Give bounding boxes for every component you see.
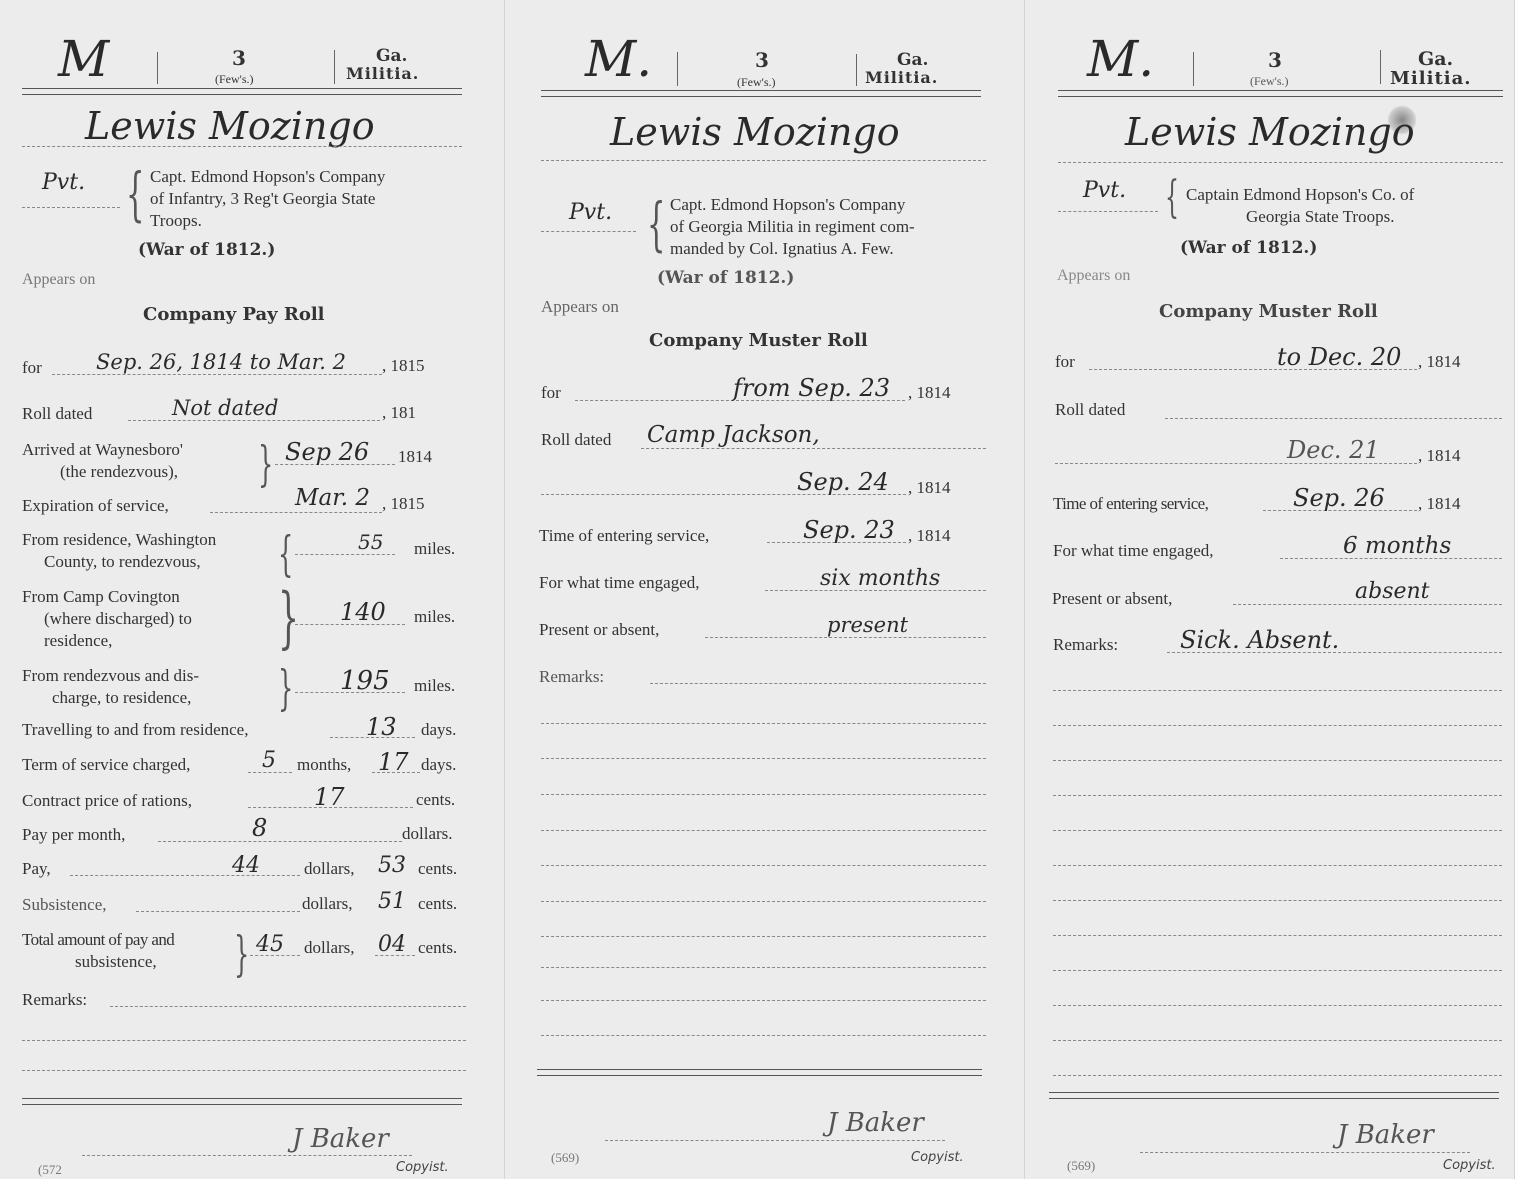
term-label: Term of service charged, <box>22 755 190 775</box>
present-absent-value: absent <box>1355 579 1430 604</box>
cents-unit: cents. <box>416 790 455 810</box>
present-absent-line <box>1233 604 1502 605</box>
header-rule <box>1058 96 1503 97</box>
header-divider <box>1193 52 1194 86</box>
remarks-line <box>1053 935 1502 936</box>
name-line <box>541 160 986 161</box>
remarks-line <box>541 758 986 759</box>
remarks-line <box>1053 830 1502 831</box>
card-muster-roll-2: M. 3 (Few's.) Ga. Militia. Lewis Mozingo… <box>1025 0 1515 1179</box>
remarks-line <box>1053 1075 1502 1076</box>
rank: Pvt. <box>569 200 612 225</box>
total-dollars-value: 45 <box>256 932 284 957</box>
remarks-line <box>541 936 986 937</box>
miles-unit: miles. <box>414 539 455 559</box>
surname-initial: M <box>58 30 109 88</box>
remarks-label: Remarks: <box>22 990 87 1010</box>
from-camp-label-3: residence, <box>44 631 112 651</box>
appears-on-label: Appears on <box>22 271 95 289</box>
arrived-label-2: (the rendezvous), <box>60 462 178 482</box>
roll-dated-label: Roll dated <box>22 404 92 424</box>
soldier-name: Lewis Mozingo <box>610 110 900 154</box>
miles-unit: miles. <box>414 607 455 627</box>
pay-cents-value: 53 <box>378 853 406 878</box>
arrived-year: 1814 <box>398 447 432 467</box>
roll-dated-line <box>641 448 986 449</box>
name-line <box>1058 162 1503 163</box>
present-absent-line <box>705 637 986 638</box>
present-absent-value: present <box>827 613 908 637</box>
remarks-line <box>1053 1040 1502 1041</box>
remarks-line <box>541 901 986 902</box>
pay-per-month-line <box>158 841 402 842</box>
header-divider <box>334 50 335 84</box>
for-label: for <box>22 358 42 378</box>
dollars-unit: dollars, <box>304 938 355 958</box>
copyist-label: Copyist. <box>911 1150 964 1165</box>
brace-icon: { <box>278 530 293 578</box>
company-line: Capt. Edmond Hopson's Company <box>670 195 905 215</box>
militia-label: Militia. <box>346 64 419 83</box>
cents-unit: cents. <box>418 859 457 879</box>
copyist-signature: J Baker <box>1337 1120 1434 1150</box>
expiration-year: , 1815 <box>382 494 425 514</box>
months-unit: months, <box>297 755 351 775</box>
footer-rule <box>537 1069 982 1070</box>
footer-rule <box>537 1075 982 1076</box>
brace-icon: { <box>647 195 665 253</box>
for-value: to Dec. 20 <box>1277 343 1401 371</box>
pay-per-month-label: Pay per month, <box>22 825 125 845</box>
roll-dated-year: , 1814 <box>908 478 951 498</box>
company-line: Troops. <box>150 211 202 231</box>
brace-icon: } <box>258 440 273 488</box>
card-number: (569) <box>551 1150 579 1166</box>
roll-dated-value: Not dated <box>172 396 278 420</box>
remarks-line <box>1053 690 1502 691</box>
regiment-name: (Few's.) <box>215 72 254 87</box>
card-number: (569) <box>1067 1158 1095 1174</box>
total-label-2: subsistence, <box>75 952 157 972</box>
footer-rule <box>1049 1098 1499 1099</box>
header-divider <box>157 52 158 84</box>
footer-rule <box>22 1098 462 1099</box>
company-line: Captain Edmond Hopson's Co. of <box>1186 185 1414 205</box>
footer-rule <box>22 1104 462 1105</box>
travel-label: Travelling to and from residence, <box>22 720 248 740</box>
roll-dated-date: Sep. 24 <box>797 468 889 496</box>
present-absent-label: Present or absent, <box>539 620 659 640</box>
roll-type: Company Muster Roll <box>649 330 868 351</box>
for-year: , 1814 <box>908 383 951 403</box>
brace-icon: } <box>278 585 299 651</box>
roll-dated-line <box>128 420 380 421</box>
remarks-label: Remarks: <box>1053 635 1118 655</box>
regiment-number: 3 <box>232 46 246 70</box>
days-unit: days. <box>421 755 456 775</box>
remarks-line <box>1053 760 1502 761</box>
rank-line <box>1058 211 1158 212</box>
subsistence-cents-value: 51 <box>378 889 406 914</box>
remarks-line <box>1053 865 1502 866</box>
rations-value: 17 <box>314 783 345 811</box>
from-camp-label: From Camp Covington <box>22 587 180 607</box>
militia-label: Militia. <box>865 68 938 87</box>
remarks-line <box>1053 725 1502 726</box>
copyist-signature: J Baker <box>292 1124 389 1154</box>
term-days-value: 17 <box>378 748 409 776</box>
remarks-value: Sick. Absent. <box>1180 626 1339 654</box>
for-label: for <box>1055 352 1075 372</box>
pay-dollars-value: 44 <box>232 853 260 878</box>
miles-unit: miles. <box>414 676 455 696</box>
header-divider <box>677 52 678 86</box>
copyist-line <box>1140 1152 1470 1153</box>
remarks-line <box>541 794 986 795</box>
war-label: (War of 1812.) <box>138 240 275 260</box>
header-rule <box>22 88 462 89</box>
entering-service-value: Sep. 23 <box>803 516 895 544</box>
expiration-label: Expiration of service, <box>22 496 169 516</box>
roll-dated-line <box>1165 418 1502 419</box>
engaged-label: For what time engaged, <box>539 573 700 593</box>
war-label: (War of 1812.) <box>657 268 794 288</box>
for-year: , 1814 <box>1418 352 1461 372</box>
dollars-unit: dollars, <box>302 894 353 914</box>
dollars-unit: dollars, <box>304 859 355 879</box>
term-months-value: 5 <box>262 748 276 773</box>
remarks-line <box>541 967 986 968</box>
militia-label: Militia. <box>1390 68 1472 89</box>
header-rule <box>541 90 981 91</box>
engaged-value: 6 months <box>1343 533 1451 559</box>
rank: Pvt. <box>1083 178 1126 203</box>
copyist-line <box>82 1155 412 1156</box>
remarks-line <box>1053 1005 1502 1006</box>
regiment-number: 3 <box>1268 48 1282 72</box>
remarks-line <box>541 1000 986 1001</box>
remarks-label: Remarks: <box>539 667 604 687</box>
remarks-line <box>1053 795 1502 796</box>
from-camp-label-2: (where discharged) to <box>44 609 192 629</box>
soldier-name: Lewis Mozingo <box>1125 110 1415 154</box>
dollars-unit: dollars. <box>402 824 453 844</box>
remarks-line <box>1053 900 1502 901</box>
from-rendezvous-value: 195 <box>340 666 390 696</box>
for-year: , 1815 <box>382 356 425 376</box>
remarks-line <box>22 1070 466 1071</box>
surname-initial: M. <box>1087 30 1154 88</box>
header-rule <box>1058 90 1503 91</box>
subsistence-label: Subsistence, <box>22 895 107 915</box>
footer-rule <box>1049 1092 1499 1093</box>
brace-icon: { <box>1165 176 1179 220</box>
travel-value: 13 <box>366 713 397 741</box>
entering-service-label: Time of entering service, <box>1053 494 1208 514</box>
for-line <box>52 374 382 375</box>
from-camp-value: 140 <box>340 598 386 626</box>
from-residence-label: From residence, Washington <box>22 530 216 550</box>
for-value: Sep. 26, 1814 to Mar. 2 <box>96 350 346 374</box>
roll-dated-label: Roll dated <box>541 430 611 450</box>
days-unit: days. <box>421 720 456 740</box>
entering-service-label: Time of entering service, <box>539 526 709 546</box>
engaged-label: For what time engaged, <box>1053 541 1214 561</box>
present-absent-label: Present or absent, <box>1052 589 1172 609</box>
brace-icon: { <box>126 165 144 223</box>
total-label: Total amount of pay and <box>22 930 174 950</box>
card-pay-roll: M 3 (Few's.) Ga. Militia. Lewis Mozingo … <box>0 0 505 1179</box>
brace-icon: } <box>278 664 293 712</box>
rations-label: Contract price of rations, <box>22 791 192 811</box>
header-rule <box>22 94 462 95</box>
appears-on-label: Appears on <box>1057 267 1130 285</box>
for-value: from Sep. 23 <box>733 374 890 402</box>
war-label: (War of 1812.) <box>1180 238 1317 258</box>
roll-type: Company Pay Roll <box>143 304 325 325</box>
from-residence-label-2: County, to rendezvous, <box>44 552 201 572</box>
remarks-line <box>541 865 986 866</box>
remarks-line <box>541 1035 986 1036</box>
soldier-name: Lewis Mozingo <box>85 104 375 148</box>
card-number: (572 <box>38 1162 62 1178</box>
header-rule <box>541 96 981 97</box>
remarks-line <box>541 723 986 724</box>
engaged-value: six months <box>820 566 940 591</box>
roll-dated-year: , 181 <box>382 403 416 423</box>
cents-unit: cents. <box>418 938 457 958</box>
from-residence-value: 55 <box>358 530 383 554</box>
remarks-line <box>110 1006 466 1007</box>
for-label: for <box>541 383 561 403</box>
name-line <box>22 146 462 147</box>
appears-on-label: Appears on <box>541 297 619 317</box>
regiment-number: 3 <box>755 48 769 72</box>
remarks-line <box>650 683 986 684</box>
copyist-signature: J Baker <box>827 1108 924 1138</box>
arrived-value: Sep 26 <box>285 438 369 466</box>
copyist-label: Copyist. <box>396 1160 449 1175</box>
roll-dated-year: , 1814 <box>1418 446 1461 466</box>
rank-line <box>541 231 636 232</box>
total-cents-value: 04 <box>378 932 406 957</box>
company-line: of Infantry, 3 Reg't Georgia State <box>150 189 375 209</box>
from-residence-line <box>295 554 395 555</box>
remarks-line <box>22 1040 466 1041</box>
company-line: Georgia State Troops. <box>1246 207 1394 227</box>
header-divider <box>856 54 857 86</box>
arrived-label: Arrived at Waynesboro' <box>22 440 183 460</box>
remarks-line <box>1053 970 1502 971</box>
company-line: of Georgia Militia in regiment com- <box>670 217 915 237</box>
remarks-line <box>541 830 986 831</box>
roll-dated-date: Dec. 21 <box>1287 436 1380 464</box>
copyist-line <box>605 1140 945 1141</box>
surname-initial: M. <box>585 30 652 88</box>
rank: Pvt. <box>42 170 85 195</box>
from-rendezvous-label: From rendezvous and dis- <box>22 666 199 686</box>
subsistence-line <box>136 911 300 912</box>
state-label: Ga. <box>376 46 407 66</box>
pay-per-month-value: 8 <box>252 814 267 842</box>
company-line: manded by Col. Ignatius A. Few. <box>670 239 894 259</box>
pay-line <box>70 875 300 876</box>
cents-unit: cents. <box>418 894 457 914</box>
state-label: Ga. <box>1418 48 1453 70</box>
entering-service-year: , 1814 <box>908 526 951 546</box>
rank-line <box>22 207 120 208</box>
entering-service-value: Sep. 26 <box>1293 484 1385 512</box>
roll-dated-value: Camp Jackson, <box>647 422 820 448</box>
expiration-value: Mar. 2 <box>295 485 370 511</box>
company-line: Capt. Edmond Hopson's Company <box>150 167 385 187</box>
regiment-name: (Few's.) <box>1250 74 1289 89</box>
regiment-name: (Few's.) <box>737 75 776 90</box>
roll-type: Company Muster Roll <box>1159 301 1378 322</box>
copyist-label: Copyist. <box>1443 1158 1496 1173</box>
pay-label: Pay, <box>22 859 51 879</box>
header-divider <box>1380 50 1381 84</box>
state-label: Ga. <box>897 50 928 70</box>
from-rendezvous-label-2: charge, to residence, <box>52 688 191 708</box>
roll-dated-label: Roll dated <box>1055 400 1125 420</box>
brace-icon: } <box>234 930 249 978</box>
entering-service-year: , 1814 <box>1418 494 1461 514</box>
card-muster-roll-1: M. 3 (Few's.) Ga. Militia. Lewis Mozingo… <box>505 0 1025 1179</box>
expiration-line <box>210 512 382 513</box>
